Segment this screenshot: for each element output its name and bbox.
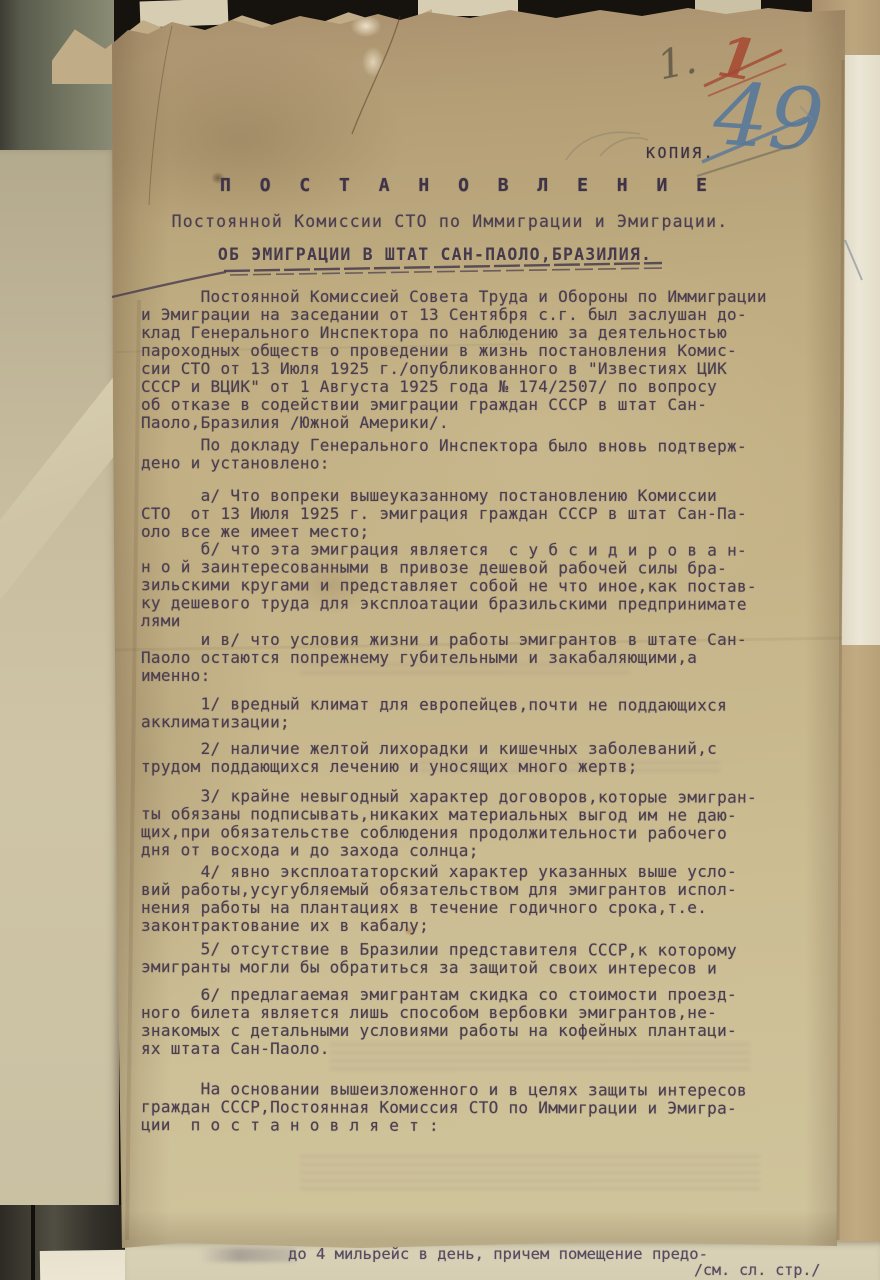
next-page-text-fragment: до 4 мильрейс в день, причем помещение п… — [288, 1245, 708, 1263]
paragraph-point-6: 6/ предлагаемая эмигрантам скидка со сто… — [141, 986, 813, 1058]
document-subtitle: Постоянной Комиссии СТО по Иммиграции и … — [130, 212, 770, 231]
paragraph-item-a: а/ Что вопреки вышеуказанному постановле… — [141, 487, 813, 541]
document-title: П О С Т А Н О В Л Е Н И Е — [140, 175, 796, 196]
paragraph-preamble: Постоянной Комиссией Совета Труда и Обор… — [141, 288, 813, 432]
ink-ghost-impression — [300, 1150, 760, 1190]
paragraph-item-v: и в/ что условия жизни и работы эмигрант… — [141, 631, 813, 685]
paragraph-item-b: б/ что эта эмиграция является с у б с и … — [141, 540, 813, 632]
faded-text-smudge — [200, 1248, 295, 1262]
paragraph-point-2: 2/ наличие желтой лихорадки и кишечных з… — [141, 740, 813, 776]
paragraph-point-4: 4/ явно эксплоататорский характер указан… — [141, 863, 813, 935]
paragraph-point-5: 5/ отсутствие в Бразилии представителя С… — [141, 940, 813, 978]
underlying-page-left — [0, 150, 119, 1258]
copy-stamp: КОПИЯ. — [646, 144, 715, 162]
paragraph-point-1: 1/ вредный климат для европейцев,почти н… — [141, 695, 813, 733]
paragraph-resolution: На основании вышеизложенного и в целях з… — [141, 1080, 813, 1136]
see-next-page-note: /см. сл. стр./ — [694, 1261, 820, 1279]
handwritten-page-number-blue: 49 — [711, 64, 827, 171]
paper-tab — [140, 0, 229, 28]
paragraph-report-intro: По докладу Генерального Инспектора было … — [141, 436, 813, 474]
paragraph-point-3: 3/ крайне невыгодный характер договоров,… — [141, 787, 813, 861]
binding-line — [31, 1205, 35, 1280]
document-subject-line: ОБ ЭМИГРАЦИИ В ШТАТ САН-ПАОЛО,БРАЗИЛИЯ. — [130, 245, 740, 264]
